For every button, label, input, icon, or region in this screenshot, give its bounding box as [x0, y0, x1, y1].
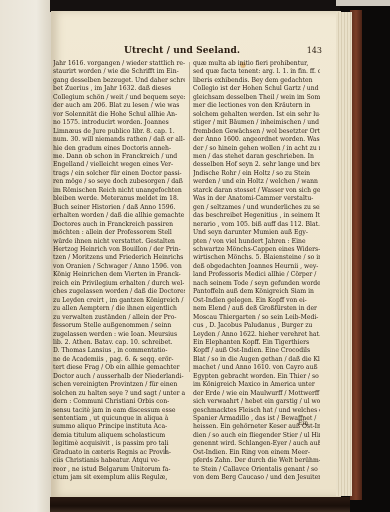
- text-line: Hertzog Heinrich von Bouillon / der Prin…: [53, 246, 185, 254]
- text-line: reich ein Privilegium erhalten / durch w…: [53, 280, 185, 288]
- text-line: das beschreibet Hegenitius , in seinem I…: [193, 212, 320, 220]
- text-line: Jndische Rohr / ein Holtz / so zu Stein: [193, 170, 320, 178]
- text-line: Was in der Anatomi-Cammer verstaltu-: [193, 195, 320, 203]
- text-line: pferds Zahn. Der durch die Welt berühm-: [193, 457, 320, 465]
- text-line: Moscau Thiergarten / so sein Leib-Medi-: [193, 314, 320, 322]
- page-header: Utrecht / und Seeland. 143: [52, 46, 322, 60]
- text-line: ches zugelassen worden / daß die Doctore…: [53, 288, 185, 296]
- text-line: vor Solennität die Hohe Schul allhie An-: [53, 111, 185, 119]
- text-line: Und seyn darunter Mumien auß Egy-: [193, 229, 320, 237]
- text-line: Ein Elephanten Kopff. Ein Tigerthiers: [193, 339, 320, 347]
- text-line: starck daran stosset / Wasser von sich g…: [193, 187, 320, 195]
- text-line: Doctores auch in Franckreich passiren: [53, 221, 185, 229]
- text-line: gen / seltzames / und wunderliches zu se…: [193, 204, 320, 212]
- text-line: zugelassen werden : wie Ioan. Meursius: [53, 331, 185, 339]
- text-line: sententiam , ut quicunque in aliqua à: [53, 415, 185, 423]
- text-line: schwartze Mönchs-Cappen eines Widers-: [193, 246, 320, 254]
- text-line: nem Elend / auß deß Großfürsten in der: [193, 305, 320, 313]
- text-line: sed quæ facta tenent: arg. l. 1. in fin.…: [193, 68, 320, 76]
- text-line: zu verwalten zuständen / allein der Pro-: [53, 314, 185, 322]
- text-line: frembden Gewächsen / wol besetzter Orth …: [193, 128, 320, 136]
- page-number: 143: [307, 46, 322, 55]
- text-line: reor , ne istud Belgarum Unitorum fa-: [53, 466, 185, 474]
- background-strip: [336, 0, 390, 6]
- text-line: trags / ein solcher für einen Doctor pas…: [53, 170, 185, 178]
- text-line: von dem Berg Caucaso / und den Jesuiten: [193, 474, 320, 482]
- text-line: erhalten worden / daß die allhie gemacht…: [53, 212, 185, 220]
- text-line: ctum jam sit exemplum aliis Regulæ,: [53, 474, 185, 482]
- text-line: würde ihnen nicht verstattet. Gestalten: [53, 238, 185, 246]
- text-line: men / das stehet daran geschrieben. In: [193, 153, 320, 161]
- catchword: Ein: [298, 420, 308, 427]
- text-line: ren möge / so seye doch zubesorgen / daß…: [53, 178, 185, 186]
- text-line: lib. 2. Athen. Batav. cap. 10. schreibet…: [53, 339, 185, 347]
- text-line: ne de Academiis , pag. 6. & seqq. erör-: [53, 356, 185, 364]
- text-line: Collegium schön / weit / und bequem seye…: [53, 94, 185, 102]
- text-line: im Römischen Reich nicht unangefochten: [53, 187, 185, 195]
- text-line: gleichsam desselben Theil / wein im Som-: [193, 94, 320, 102]
- text-line: liberis exhibendis. Bey dem gedachten: [193, 77, 320, 85]
- text-line: Jahr 1616. vorgangen / wieder stattlich …: [53, 60, 185, 68]
- text-line: König Heinrichen dem Vierten in Franck-: [53, 271, 185, 279]
- text-line: sensu tacitè jam in eam discessum esse: [53, 407, 185, 415]
- text-line: Ost-Indien gelegen. Ein Kopff von ei-: [193, 297, 320, 305]
- text-line: num. 30. will niemands rathen / daß er a…: [53, 136, 185, 144]
- text-line: tzen / Moritzens und Friederich Heinrich…: [53, 254, 185, 262]
- text-line: möchten : allein der Professorem Stell: [53, 229, 185, 237]
- text-line: land Professoris Medici allhie / Cörper …: [193, 271, 320, 279]
- text-line: D. Thomas Lansius , in commentatio-: [53, 347, 185, 355]
- text-line: demia titulum aliquem scholasticum: [53, 432, 185, 440]
- text-line: zu Leyden creirt , im gantzen Königreich…: [53, 297, 185, 305]
- text-line: stiger / mit Bäumen / inheimischen / und: [193, 119, 320, 127]
- text-line: wirtischen Mönchs. 5. Blaiensteine / so …: [193, 254, 320, 262]
- text-line: mer die lectiones von den Kräutern in: [193, 102, 320, 110]
- text-line: Pantoffeln auß dem Königreich Siam in: [193, 288, 320, 296]
- text-line: quæ multa ab initio fieri prohibentur,: [193, 60, 320, 68]
- text-line: zu allen Aemptern / die ihnen eigentlich: [53, 305, 185, 313]
- text-line: nerario , vom 105. biß auff das 112. Bla…: [193, 221, 320, 229]
- text-line: schen vereinigten Provintzen / für einen: [53, 381, 185, 389]
- left-text-column: Jahr 1616. vorgangen / wieder stattlich …: [53, 60, 185, 483]
- running-title: Utrecht / und Seeland.: [124, 46, 240, 56]
- text-line: solchem gehalten werden. Ist ein sehr lu…: [193, 111, 320, 119]
- margin-mark: [165, 446, 166, 454]
- text-line: Buch seiner Historien / daß Anno 1596.: [53, 204, 185, 212]
- text-line: gang desselben bezeuget. Und daher schre…: [53, 77, 185, 85]
- text-line: Collegio ist der Hohen Schul Gartz / und: [193, 85, 320, 93]
- text-line: me. Dann ob schon in Franckreich / und: [53, 153, 185, 161]
- text-line: deß obgedachten Joannes Heurnii , wey-: [193, 263, 320, 271]
- text-line: von Oranien / Schwager / Anno 1596. von: [53, 263, 185, 271]
- text-line: dien / so auch ein fliegender Stier / ul…: [193, 432, 320, 440]
- column-divider: [189, 62, 190, 372]
- text-line: hie den gradum eines Doctoris anneh-: [53, 145, 185, 153]
- text-line: der Anno 1600. angeordnet worden. Was: [193, 136, 320, 144]
- text-line: staurirt worden / wie die Schrifft im Ei…: [53, 68, 185, 76]
- page-block-edges: [336, 12, 352, 496]
- text-line: bet Zuerius , im Jahr 1632. daß dieses: [53, 85, 185, 93]
- text-line: dern : Communi Christiani Orbis con-: [53, 398, 185, 406]
- text-line: cus , D. Jacobus Paludanus , Burger zu: [193, 322, 320, 330]
- text-line: der Erde / wie ein Maulwurff / Mottwerff…: [193, 390, 320, 398]
- text-line: Egypten gebracht worden. Ein Thier / so: [193, 373, 320, 381]
- text-line: Limnæus de Jure publico libr. 8. cap. 1.: [53, 128, 185, 136]
- text-line: machet / und Anno 1610. von Cayro auß: [193, 364, 320, 372]
- text-line: werden / und ein Holtz / welchen / wann …: [193, 178, 320, 186]
- text-line: Blat / so in die Augen gethan / daß die …: [193, 356, 320, 364]
- text-line: Kopff / auß Ost-Indien. Eine Crocodils: [193, 347, 320, 355]
- text-line: desselben Hof seyn 2. sehr lange und bre…: [193, 161, 320, 169]
- facing-page-edge: [0, 0, 52, 512]
- text-line: Doctor auch / ausserhalb der Niederlandi…: [53, 373, 185, 381]
- text-line: nach seinem Tode / seyn gefunden worden.: [193, 280, 320, 288]
- text-line: solchen zu halten seye ? und sagt / unte…: [53, 390, 185, 398]
- book-bottom-edge: [50, 497, 350, 512]
- text-line: ciis Christianis habeatur. Atqui ve-: [53, 457, 185, 465]
- text-line: Engelland / vielleicht wegen eines Ver-: [53, 161, 185, 169]
- text-line: genennt wird. Schlangen-Eyer / auch auß: [193, 440, 320, 448]
- text-line: summo aliquo Principe instituta Aca-: [53, 423, 185, 431]
- text-line: pten / von viel hundert Jahren : Eine: [193, 238, 320, 246]
- text-line: der auch am 206. Blat zu lesen / wie was: [53, 102, 185, 110]
- text-line: no 1575. introducirt worden. Joannes: [53, 119, 185, 127]
- text-line: im Königreich Maxico in America unter: [193, 381, 320, 389]
- text-line: bleiben werde. Meteranus meldet im 18.: [53, 195, 185, 203]
- text-line: geschmacktes Fleisch hat / und welches d…: [193, 407, 320, 415]
- text-line: sich verwaahrt / hebet ein garstig / ul …: [193, 398, 320, 406]
- text-line: te Stein / Callavce Orientalis genant / …: [193, 466, 320, 474]
- text-line: Leyden / Anno 1622. hieher verehret hat.: [193, 331, 320, 339]
- text-line: der / so hinein gehen wollen / in acht z…: [193, 145, 320, 153]
- text-line: tert diese Frag / Ob ein allhie gemachte…: [53, 364, 185, 372]
- text-line: fessorum Stelle außgenommen / seinn: [53, 322, 185, 330]
- text-line: Ost-Indien. Ein Ring von einem Meer-: [193, 449, 320, 457]
